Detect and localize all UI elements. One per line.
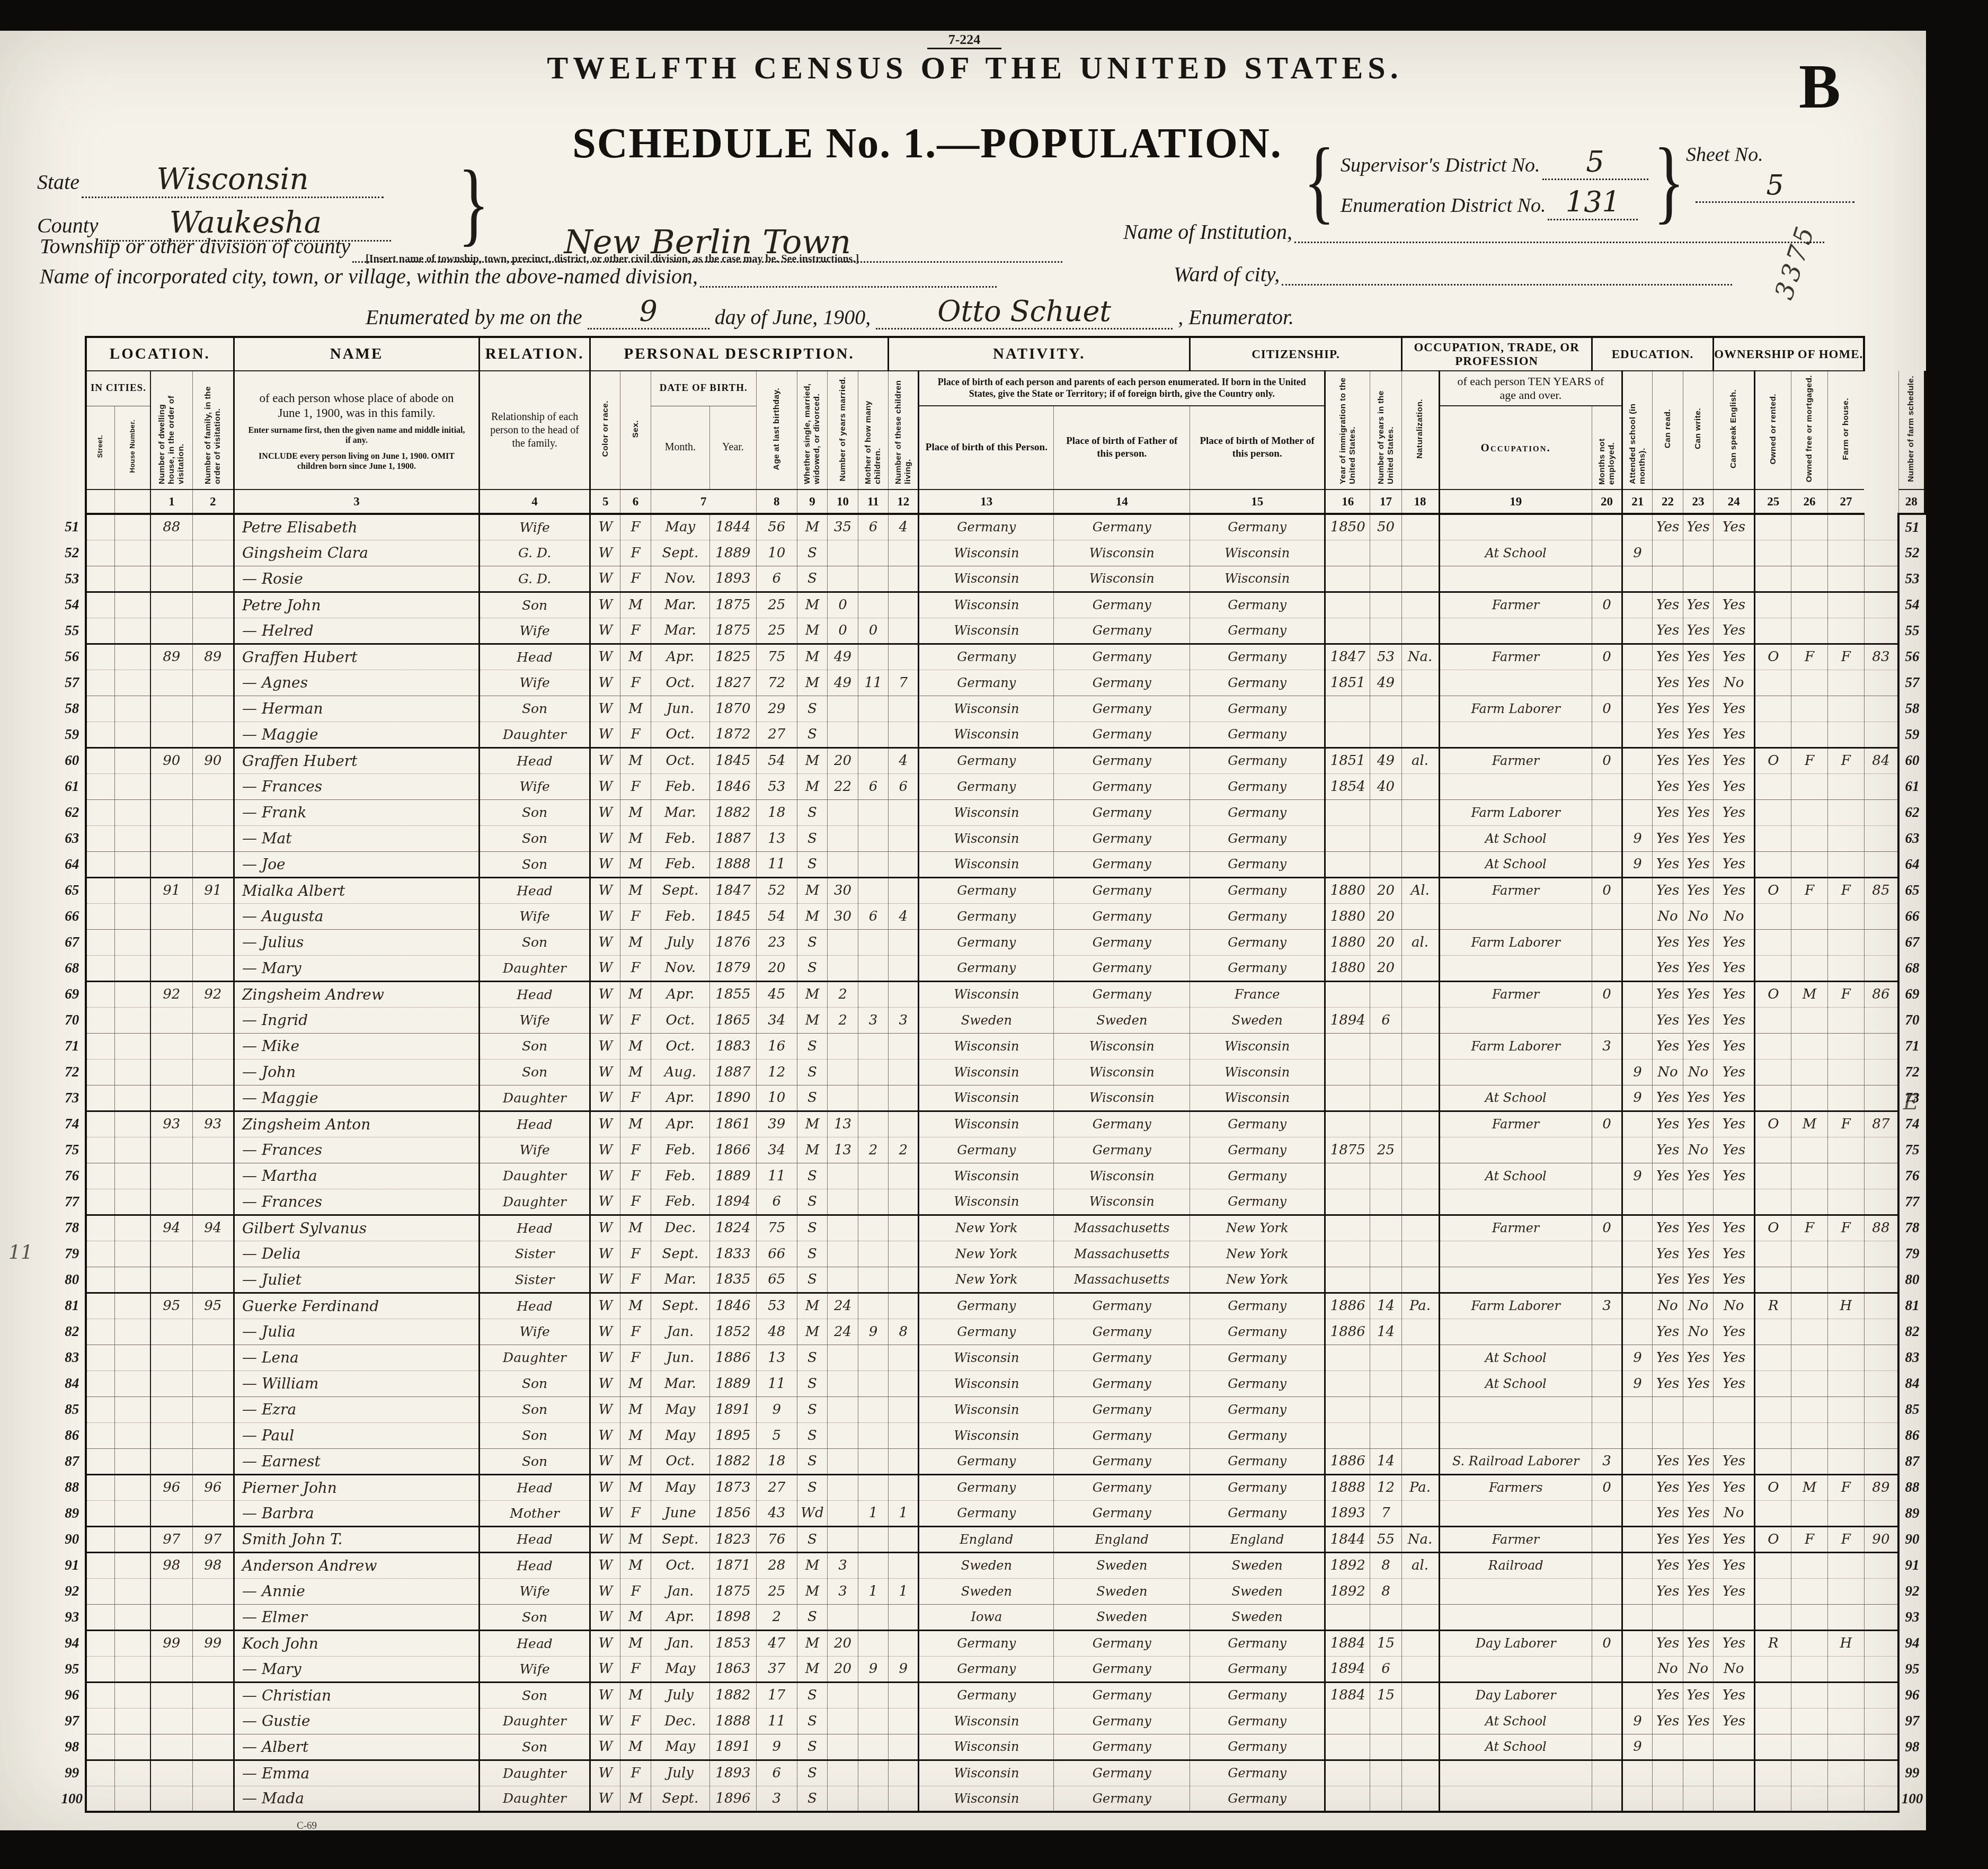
cell-birth-year: 1845 xyxy=(710,747,757,773)
line-number: 56 xyxy=(1898,644,1925,670)
enumerated-field: Enumerated by me on the 9 day of June, 1… xyxy=(366,295,1637,330)
line-number: 77 xyxy=(59,1189,86,1215)
cell-owned-rented xyxy=(1755,1656,1791,1682)
element: Can write. xyxy=(1693,408,1703,449)
cell-color-race: W xyxy=(590,1734,620,1760)
cell-children-living xyxy=(889,618,919,644)
cell-can-speak-english xyxy=(1714,1422,1755,1448)
cell-birth-year: 1890 xyxy=(710,1085,757,1111)
cell-birth-month: July xyxy=(651,1682,709,1708)
cell-farm-schedule xyxy=(1864,566,1898,592)
cell-can-write: Yes xyxy=(1683,1085,1713,1111)
cell-relation: G. D. xyxy=(479,540,590,566)
cell-name: — Earnest xyxy=(234,1448,480,1474)
cell-months-not-employed: 0 xyxy=(1592,1630,1622,1656)
relation-column-header: Relationship of each person to the head … xyxy=(479,371,590,489)
cell-street xyxy=(86,799,115,825)
date-of-birth-header: DATE OF BIRTH. xyxy=(651,371,756,406)
cell-naturalization xyxy=(1401,1760,1439,1786)
cell-birth-year: 1863 xyxy=(710,1656,757,1682)
cell-father-birthplace: Sweden xyxy=(1054,1604,1190,1630)
cell-can-read: No xyxy=(1653,903,1683,929)
cell-farm-house xyxy=(1827,1033,1864,1059)
cell-years-in-us: 20 xyxy=(1370,955,1401,981)
line-number: 68 xyxy=(59,955,86,981)
cell-children-living: 4 xyxy=(889,903,919,929)
cell-birth-month: Dec. xyxy=(651,1215,709,1241)
line-number: 90 xyxy=(59,1526,86,1552)
cell-street xyxy=(86,1059,115,1085)
person-row: 5188Petre ElisabethWifeWFMay184456M3564G… xyxy=(59,514,1925,540)
cell-relation: Son xyxy=(479,1370,590,1396)
cell-birth-year: 1866 xyxy=(710,1137,757,1163)
cell-free-mortgaged xyxy=(1791,929,1828,955)
sheet-label: Sheet No. xyxy=(1686,144,1763,166)
line-number: 98 xyxy=(1898,1734,1925,1760)
cell-birthplace: Wisconsin xyxy=(919,540,1054,566)
cell-color-race: W xyxy=(590,1059,620,1085)
cell-farm-schedule xyxy=(1864,1708,1898,1734)
cell-can-read: Yes xyxy=(1653,1215,1683,1241)
cell-marital-status: S xyxy=(797,1682,828,1708)
cell-birthplace: Wisconsin xyxy=(919,1033,1054,1059)
cell-house-number xyxy=(114,877,150,903)
element: Owned or rented. xyxy=(1769,394,1778,465)
cell-street xyxy=(86,1085,115,1111)
cell-children-living xyxy=(889,877,919,903)
cell-can-write: Yes xyxy=(1683,1241,1713,1267)
cell-mother-of-children xyxy=(858,1630,888,1656)
cell-can-write: Yes xyxy=(1683,851,1713,877)
cell-months-not-employed xyxy=(1592,903,1622,929)
line-number: 87 xyxy=(59,1448,86,1474)
line-number: 86 xyxy=(1898,1422,1925,1448)
cell-birth-month: Mar. xyxy=(651,1267,709,1293)
cell-occupation: Railroad xyxy=(1439,1552,1592,1578)
cell-school-months xyxy=(1622,592,1653,618)
cell-mother-birthplace: New York xyxy=(1190,1215,1325,1241)
cell-marital-status: S xyxy=(797,955,828,981)
cell-free-mortgaged: M xyxy=(1791,1111,1828,1137)
cell-naturalization xyxy=(1401,1215,1439,1241)
cell-mother-of-children xyxy=(858,1448,888,1474)
cell-free-mortgaged xyxy=(1791,1085,1828,1111)
cell-school-months xyxy=(1622,1007,1653,1033)
cell-school-months xyxy=(1622,696,1653,722)
cell-school-months: 9 xyxy=(1622,540,1653,566)
cell-owned-rented xyxy=(1755,1448,1791,1474)
cell-sex: M xyxy=(620,644,651,670)
line-number: 72 xyxy=(1898,1059,1925,1085)
cell-school-months xyxy=(1622,1215,1653,1241)
line-number: 73 xyxy=(59,1085,86,1111)
cell-color-race: W xyxy=(590,1526,620,1552)
cell-age: 54 xyxy=(756,903,797,929)
cell-relation: Son xyxy=(479,799,590,825)
cell-occupation xyxy=(1439,1786,1592,1812)
cell-can-read: Yes xyxy=(1653,1682,1683,1708)
cell-relation: Head xyxy=(479,1215,590,1241)
cell-marital-status: M xyxy=(797,1319,828,1345)
cell-father-birthplace: Germany xyxy=(1054,618,1190,644)
cell-dwelling-number: 95 xyxy=(150,1293,192,1319)
cell-street xyxy=(86,1267,115,1293)
cell-mother-of-children xyxy=(858,1215,888,1241)
cell-free-mortgaged xyxy=(1791,1760,1828,1786)
cell-children-living xyxy=(889,722,919,747)
cell-free-mortgaged xyxy=(1791,540,1828,566)
cell-school-months xyxy=(1622,1526,1653,1552)
cell-years-married xyxy=(828,1500,858,1526)
cell-mother-of-children xyxy=(858,722,888,747)
cell-free-mortgaged xyxy=(1791,1163,1828,1189)
cell-can-speak-english: Yes xyxy=(1714,1682,1755,1708)
cell-children-living: 7 xyxy=(889,670,919,696)
cell-school-months xyxy=(1622,773,1653,799)
cell-mother-birthplace: Germany xyxy=(1190,1111,1325,1137)
cell-can-read: Yes xyxy=(1653,773,1683,799)
cell-father-birthplace: Germany xyxy=(1054,722,1190,747)
cell-occupation: Farmer xyxy=(1439,1526,1592,1552)
cell-relation: Head xyxy=(479,1526,590,1552)
cell-mother-birthplace: Germany xyxy=(1190,825,1325,851)
person-row: 62— FrankSonWMMar.188218SWisconsinGerman… xyxy=(59,799,1925,825)
cell-father-birthplace: Germany xyxy=(1054,1474,1190,1500)
cell-relation: Son xyxy=(479,851,590,877)
person-row: 77— FrancesDaughterWFFeb.18946SWisconsin… xyxy=(59,1189,1925,1215)
cell-can-read: Yes xyxy=(1653,877,1683,903)
cell-can-write: Yes xyxy=(1683,722,1713,747)
cell-school-months xyxy=(1622,1241,1653,1267)
cell-age: 10 xyxy=(756,540,797,566)
line-number: 55 xyxy=(1898,618,1925,644)
cell-occupation: Farmers xyxy=(1439,1474,1592,1500)
cell-marital-status: S xyxy=(797,1786,828,1812)
cell-months-not-employed xyxy=(1592,1345,1622,1370)
cell-owned-rented xyxy=(1755,903,1791,929)
cell-dwelling-number xyxy=(150,929,192,955)
cell-name: — Herman xyxy=(234,696,480,722)
cell-free-mortgaged xyxy=(1791,1552,1828,1578)
line-number: 71 xyxy=(59,1033,86,1059)
cell-farm-house xyxy=(1827,1552,1864,1578)
cell-mother-of-children xyxy=(858,1111,888,1137)
cell-father-birthplace: England xyxy=(1054,1526,1190,1552)
cell-sex: M xyxy=(620,1734,651,1760)
cell-months-not-employed xyxy=(1592,1604,1622,1630)
cell-relation: Daughter xyxy=(479,1163,590,1189)
cell-birth-year: 1875 xyxy=(710,592,757,618)
person-row: 93— ElmerSonWMApr.18982SIowaSwedenSweden… xyxy=(59,1604,1925,1630)
line-number: 75 xyxy=(59,1137,86,1163)
cell-mother-of-children xyxy=(858,1267,888,1293)
cell-street xyxy=(86,1474,115,1500)
cell-naturalization xyxy=(1401,566,1439,592)
cell-birth-year: 1879 xyxy=(710,955,757,981)
cell-farm-schedule xyxy=(1864,1578,1898,1604)
cell-dwelling-number: 98 xyxy=(150,1552,192,1578)
cell-birth-year: 1861 xyxy=(710,1111,757,1137)
cell-farm-schedule xyxy=(1864,955,1898,981)
cell-house-number xyxy=(114,929,150,955)
cell-can-speak-english xyxy=(1714,1786,1755,1812)
cell-name: — Paul xyxy=(234,1422,480,1448)
cell-farm-schedule xyxy=(1864,1734,1898,1760)
in-cities-header: IN CITIES. xyxy=(86,371,150,406)
cell-immigration-year: 1886 xyxy=(1325,1448,1370,1474)
cell-birth-month: Feb. xyxy=(651,825,709,851)
form-number: 7-224 xyxy=(927,32,1001,49)
cell-father-birthplace: Germany xyxy=(1054,1137,1190,1163)
cell-relation: Son xyxy=(479,1059,590,1085)
cell-owned-rented xyxy=(1755,514,1791,540)
line-number: 52 xyxy=(59,540,86,566)
cell-birthplace: Wisconsin xyxy=(919,799,1054,825)
cell-years-married: 13 xyxy=(828,1111,858,1137)
cell-street xyxy=(86,618,115,644)
cell-immigration-year xyxy=(1325,1189,1370,1215)
cell-immigration-year: 1880 xyxy=(1325,955,1370,981)
cell-years-married xyxy=(828,1422,858,1448)
column-number: 18 xyxy=(1401,489,1439,514)
cell-can-read: Yes xyxy=(1653,1241,1683,1267)
cell-color-race: W xyxy=(590,1682,620,1708)
cell-years-in-us xyxy=(1370,1215,1401,1241)
cell-sex: F xyxy=(620,618,651,644)
cell-free-mortgaged xyxy=(1791,1189,1828,1215)
element: Otto Schuet xyxy=(876,295,1173,330)
cell-mother-of-children: 6 xyxy=(858,903,888,929)
cell-occupation: Farmer xyxy=(1439,877,1592,903)
cell-mother-of-children: 2 xyxy=(858,1137,888,1163)
cell-relation: Wife xyxy=(479,514,590,540)
person-row: 659191Mialka AlbertHeadWMSept.184752M30G… xyxy=(59,877,1925,903)
cell-birth-year: 1889 xyxy=(710,1370,757,1396)
street-header: Street. xyxy=(86,406,115,489)
cell-free-mortgaged xyxy=(1791,1293,1828,1319)
line-number: 83 xyxy=(59,1345,86,1370)
cell-name: Zingsheim Anton xyxy=(234,1111,480,1137)
cell-color-race: W xyxy=(590,1578,620,1604)
cell-color-race: W xyxy=(590,722,620,747)
cell-can-write: Yes xyxy=(1683,929,1713,955)
cell-occupation xyxy=(1439,514,1592,540)
cell-color-race: W xyxy=(590,644,620,670)
cell-can-read xyxy=(1653,540,1683,566)
cell-occupation xyxy=(1439,722,1592,747)
cell-family-number: 91 xyxy=(192,877,234,903)
cell-house-number xyxy=(114,1345,150,1370)
cell-birthplace: Wisconsin xyxy=(919,566,1054,592)
cell-family-number xyxy=(192,1760,234,1786)
cell-naturalization xyxy=(1401,1163,1439,1189)
cell-mother-birthplace: Germany xyxy=(1190,1448,1325,1474)
cell-owned-rented: O xyxy=(1755,1111,1791,1137)
cell-mother-of-children: 9 xyxy=(858,1656,888,1682)
cell-marital-status: S xyxy=(797,1345,828,1370)
cell-mother-birthplace: Germany xyxy=(1190,1474,1325,1500)
cell-name: Graffen Hubert xyxy=(234,644,480,670)
enumeration-district-field: Enumeration District No. 131 xyxy=(1341,185,1638,220)
cell-birth-month: Sept. xyxy=(651,877,709,903)
cell-birthplace: New York xyxy=(919,1215,1054,1241)
cell-birth-year: 1882 xyxy=(710,799,757,825)
cell-farm-house: F xyxy=(1827,1526,1864,1552)
cell-name: Pierner John xyxy=(234,1474,480,1500)
cell-months-not-employed: 0 xyxy=(1592,1474,1622,1500)
cell-immigration-year: 1884 xyxy=(1325,1630,1370,1656)
cell-can-speak-english xyxy=(1714,1189,1755,1215)
cell-farm-schedule: 88 xyxy=(1864,1215,1898,1241)
cell-birth-month: Mar. xyxy=(651,1370,709,1396)
cell-street xyxy=(86,644,115,670)
person-row: 95— MaryWifeWFMay186337M2099GermanyGerma… xyxy=(59,1656,1925,1682)
cell-age: 29 xyxy=(756,696,797,722)
element: Owned free or mortgaged. xyxy=(1805,375,1814,483)
column-number: 9 xyxy=(797,489,828,514)
cell-dwelling-number xyxy=(150,773,192,799)
cell-school-months xyxy=(1622,514,1653,540)
cell-free-mortgaged: F xyxy=(1791,877,1828,903)
cell-school-months: 9 xyxy=(1622,1345,1653,1370)
cell-house-number xyxy=(114,1267,150,1293)
element: Wisconsin xyxy=(82,162,384,198)
cell-birthplace: Germany xyxy=(919,1319,1054,1345)
col-2-header: Number of family, in the order of visita… xyxy=(192,371,234,489)
cell-owned-rented xyxy=(1755,773,1791,799)
cell-mother-birthplace: England xyxy=(1190,1526,1325,1552)
cell-can-speak-english: Yes xyxy=(1714,1215,1755,1241)
column-number: 8 xyxy=(756,489,797,514)
cell-age: 75 xyxy=(756,644,797,670)
cell-free-mortgaged xyxy=(1791,1604,1828,1630)
line-number: 67 xyxy=(1898,929,1925,955)
cell-name: — Mat xyxy=(234,825,480,851)
cell-occupation: Farm Laborer xyxy=(1439,799,1592,825)
scanned-census-page: { "header": { "form_no": "7-224", "title… xyxy=(0,0,1988,1869)
cell-years-married xyxy=(828,955,858,981)
cell-marital-status: S xyxy=(797,1033,828,1059)
supervisor-value: 5 xyxy=(1586,145,1604,179)
cell-birth-year: 1893 xyxy=(710,1760,757,1786)
cell-marital-status: M xyxy=(797,1137,828,1163)
cell-immigration-year: 1854 xyxy=(1325,773,1370,799)
cell-marital-status: M xyxy=(797,747,828,773)
cell-street xyxy=(86,1111,115,1137)
cell-color-race: W xyxy=(590,1396,620,1422)
cell-farm-house xyxy=(1827,851,1864,877)
cell-mother-of-children xyxy=(858,1422,888,1448)
cell-months-not-employed: 0 xyxy=(1592,592,1622,618)
cell-family-number xyxy=(192,1085,234,1111)
cell-years-married xyxy=(828,1734,858,1760)
cell-farm-schedule: 89 xyxy=(1864,1474,1898,1500)
cell-dwelling-number: 91 xyxy=(150,877,192,903)
cell-immigration-year xyxy=(1325,722,1370,747)
column-number: 22 xyxy=(1653,489,1683,514)
cell-can-read: No xyxy=(1653,1656,1683,1682)
cell-school-months xyxy=(1622,1630,1653,1656)
cell-house-number xyxy=(114,1189,150,1215)
cell-can-write: Yes xyxy=(1683,1163,1713,1189)
cell-color-race: W xyxy=(590,1422,620,1448)
col-25-header: Owned or rented. xyxy=(1755,371,1791,489)
line-number: 68 xyxy=(1898,955,1925,981)
cell-age: 28 xyxy=(756,1552,797,1578)
cell-relation: Wife xyxy=(479,1656,590,1682)
cell-name: — John xyxy=(234,1059,480,1085)
cell-farm-schedule xyxy=(1864,903,1898,929)
cell-farm-house: F xyxy=(1827,1111,1864,1137)
cell-years-married xyxy=(828,1241,858,1267)
schedule-title: SCHEDULE No. 1.—POPULATION. xyxy=(525,120,1330,168)
cell-age: 2 xyxy=(756,1604,797,1630)
cell-birthplace: Wisconsin xyxy=(919,1396,1054,1422)
cell-owned-rented xyxy=(1755,1604,1791,1630)
cell-name: — Ezra xyxy=(234,1396,480,1422)
element: INCLUDE every person living on June 1, 1… xyxy=(245,451,468,471)
cell-mother-birthplace: Sweden xyxy=(1190,1604,1325,1630)
cell-can-read: Yes xyxy=(1653,1033,1683,1059)
cell-owned-rented xyxy=(1755,1007,1791,1033)
cell-age: 9 xyxy=(756,1396,797,1422)
cell-birth-month: Apr. xyxy=(651,981,709,1007)
cell-can-write xyxy=(1683,1604,1713,1630)
cell-age: 43 xyxy=(756,1500,797,1526)
cell-children-living xyxy=(889,1422,919,1448)
row: LOCATION.NAMERELATION.PERSONAL DESCRIPTI… xyxy=(59,337,1925,371)
cell-children-living xyxy=(889,1085,919,1111)
cell-months-not-employed xyxy=(1592,1007,1622,1033)
cell-free-mortgaged xyxy=(1791,851,1828,877)
cell-mother-birthplace: Wisconsin xyxy=(1190,540,1325,566)
cell-can-write: Yes xyxy=(1683,773,1713,799)
cell-sex: F xyxy=(620,1189,651,1215)
cell-can-write: Yes xyxy=(1683,1033,1713,1059)
cell-birthplace: England xyxy=(919,1526,1054,1552)
cell-family-number xyxy=(192,1422,234,1448)
line-number: 57 xyxy=(59,670,86,696)
name-group-title: NAME xyxy=(234,337,480,371)
cell-mother-birthplace: Germany xyxy=(1190,1319,1325,1345)
person-row: 59— MaggieDaughterWFOct.187227SWisconsin… xyxy=(59,722,1925,747)
cell-farm-schedule xyxy=(1864,722,1898,747)
cell-occupation: At School xyxy=(1439,540,1592,566)
cell-birth-year: 1824 xyxy=(710,1215,757,1241)
cell-name: — Agnes xyxy=(234,670,480,696)
cell-farm-house: H xyxy=(1827,1630,1864,1656)
cell-dwelling-number: 93 xyxy=(150,1111,192,1137)
cell-naturalization xyxy=(1401,1682,1439,1708)
cell-years-in-us xyxy=(1370,1760,1401,1786)
cell-owned-rented xyxy=(1755,722,1791,747)
cell-occupation: S. Railroad Laborer xyxy=(1439,1448,1592,1474)
col-17-header: Number of years in the United States. xyxy=(1370,371,1401,489)
cell-mother-birthplace: Germany xyxy=(1190,618,1325,644)
cell-years-married xyxy=(828,825,858,851)
cell-marital-status: S xyxy=(797,1163,828,1189)
cell-street xyxy=(86,1760,115,1786)
cell-age: 27 xyxy=(756,1474,797,1500)
cell-naturalization xyxy=(1401,1370,1439,1396)
cell-sex: F xyxy=(620,1345,651,1370)
cell-immigration-year: 1880 xyxy=(1325,903,1370,929)
cell-farm-schedule xyxy=(1864,592,1898,618)
cell-can-read: Yes xyxy=(1653,696,1683,722)
cell-farm-schedule xyxy=(1864,1448,1898,1474)
cell-street xyxy=(86,1734,115,1760)
cell-years-married: 49 xyxy=(828,644,858,670)
